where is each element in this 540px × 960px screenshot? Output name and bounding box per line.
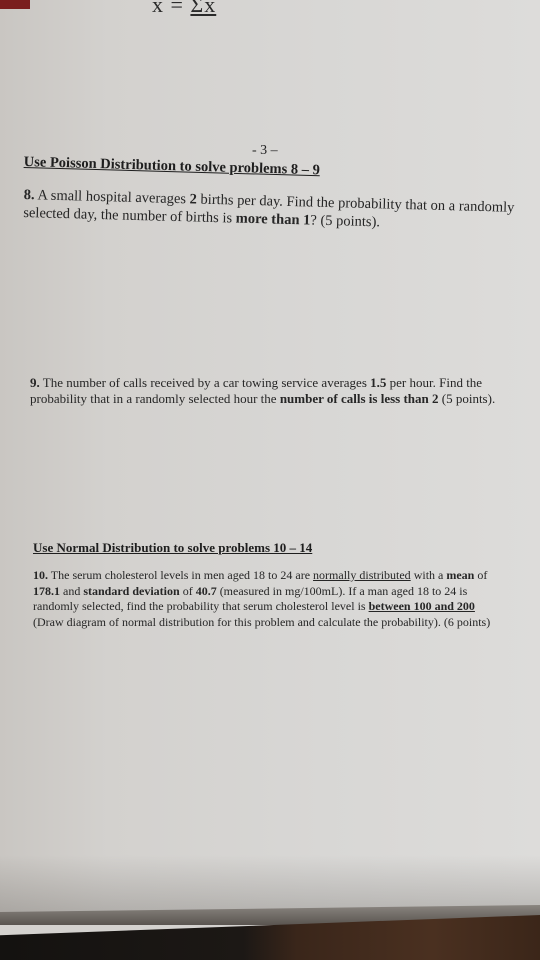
formula-numerator: Σx (190, 0, 216, 17)
problem-text: The serum cholesterol levels in men aged… (48, 568, 313, 582)
problem-text: A small hospital averages (34, 187, 189, 207)
problem-text: between 100 and 200 (369, 599, 475, 613)
problem-text: of (474, 568, 487, 582)
problem-text: (Draw diagram of normal distribution for… (33, 615, 490, 629)
problem-text: (5 points). (439, 391, 496, 406)
problem-number: 9. (30, 375, 40, 390)
problem-text: 40.7 (196, 584, 217, 598)
problem-text: mean (446, 568, 474, 582)
normal-section-heading: Use Normal Distribution to solve problem… (33, 540, 312, 556)
exam-page: x̄ = Σx - 3 – Use Poisson Distribution t… (0, 0, 540, 915)
problem-8: 8. A small hospital averages 2 births pe… (23, 187, 519, 235)
problem-text: 1.5 (370, 375, 386, 390)
problem-10: 10. The serum cholesterol levels in men … (33, 568, 508, 630)
red-folder-corner (0, 0, 30, 9)
problem-text: and (60, 584, 83, 598)
problem-text: of (180, 584, 196, 598)
problem-text: The number of calls received by a car to… (40, 375, 370, 390)
problem-9: 9. The number of calls received by a car… (30, 375, 510, 408)
problem-text: more than 1 (236, 210, 311, 228)
problem-number: 10. (33, 568, 48, 582)
sample-mean-formula: x̄ = Σx (152, 0, 216, 18)
problem-text: ? (5 points). (310, 212, 380, 230)
problem-text: 178.1 (33, 584, 60, 598)
problem-text: normally distributed (313, 568, 411, 582)
problem-text: with a (411, 568, 447, 582)
problem-text: standard deviation (83, 584, 179, 598)
formula-lhs: x̄ = (152, 0, 184, 17)
problem-number: 8. (24, 187, 35, 203)
problem-text: number of calls is less than 2 (280, 391, 439, 406)
page-number: - 3 – (252, 143, 278, 159)
